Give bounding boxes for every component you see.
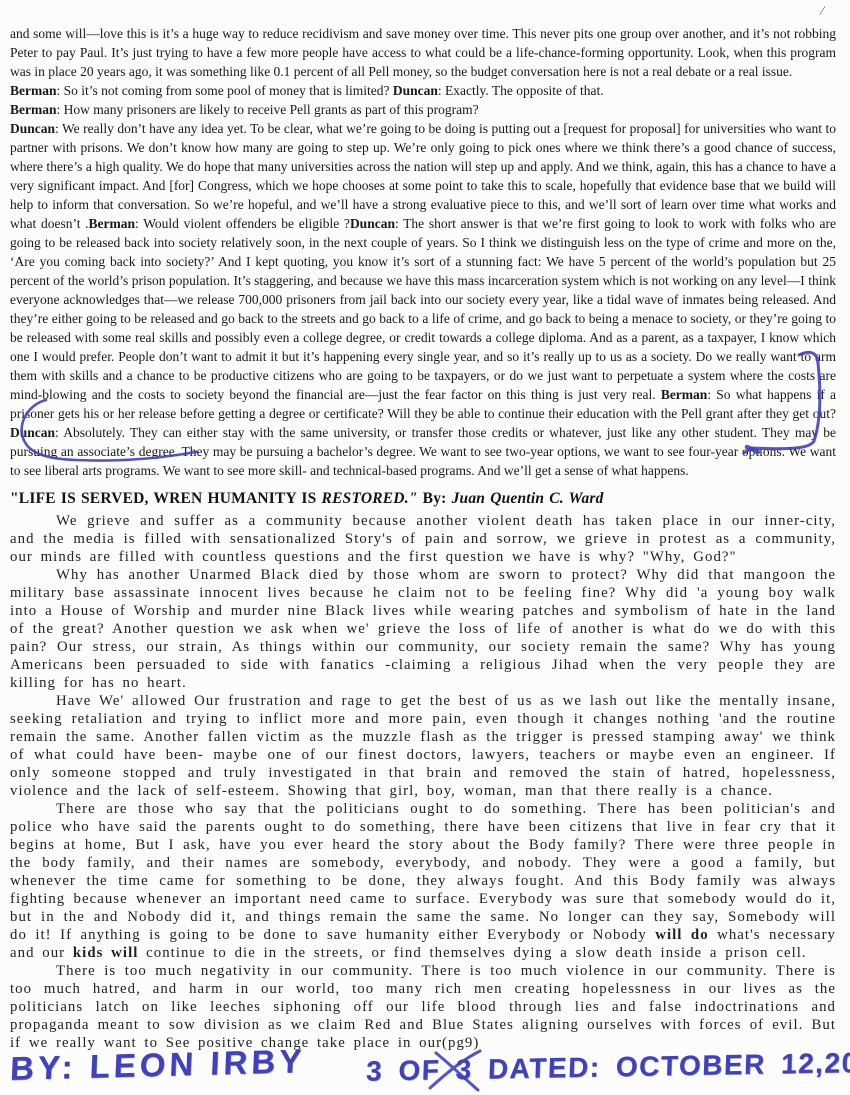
interview-paragraph: Berman: How many prisoners are likely to… [10,100,836,119]
essay-paragraph: Have We' allowed Our frustration and rag… [10,692,836,800]
interview-paragraph: Duncan: We really don’t have any idea ye… [10,119,836,480]
interview-section: and some will—love this is it’s a huge w… [0,0,850,480]
essay-section: "LIFE IS SERVED, WREN HUMANITY IS RESTOR… [0,480,850,1052]
scanned-document-page: / and some will—love this is it’s a huge… [0,0,850,1095]
essay-paragraph: We grieve and suffer as a community beca… [10,512,836,566]
interview-paragraph: Berman: So it’s not coming from some poo… [10,81,836,100]
essay-title: "LIFE IS SERVED, WREN HUMANITY IS RESTOR… [10,489,836,509]
handwritten-byline: BY: LEON IRBY [9,1042,306,1088]
handwritten-page-note: 3 OF 3 DATED: OCTOBER 12,2015 [365,1046,850,1087]
interview-paragraph: and some will—love this is it’s a huge w… [10,24,836,81]
essay-paragraph: There are those who say that the politic… [10,800,836,962]
essay-paragraph: There is too much negativity in our comm… [10,962,836,1052]
essay-paragraph: Why has another Unarmed Black died by th… [10,566,836,692]
